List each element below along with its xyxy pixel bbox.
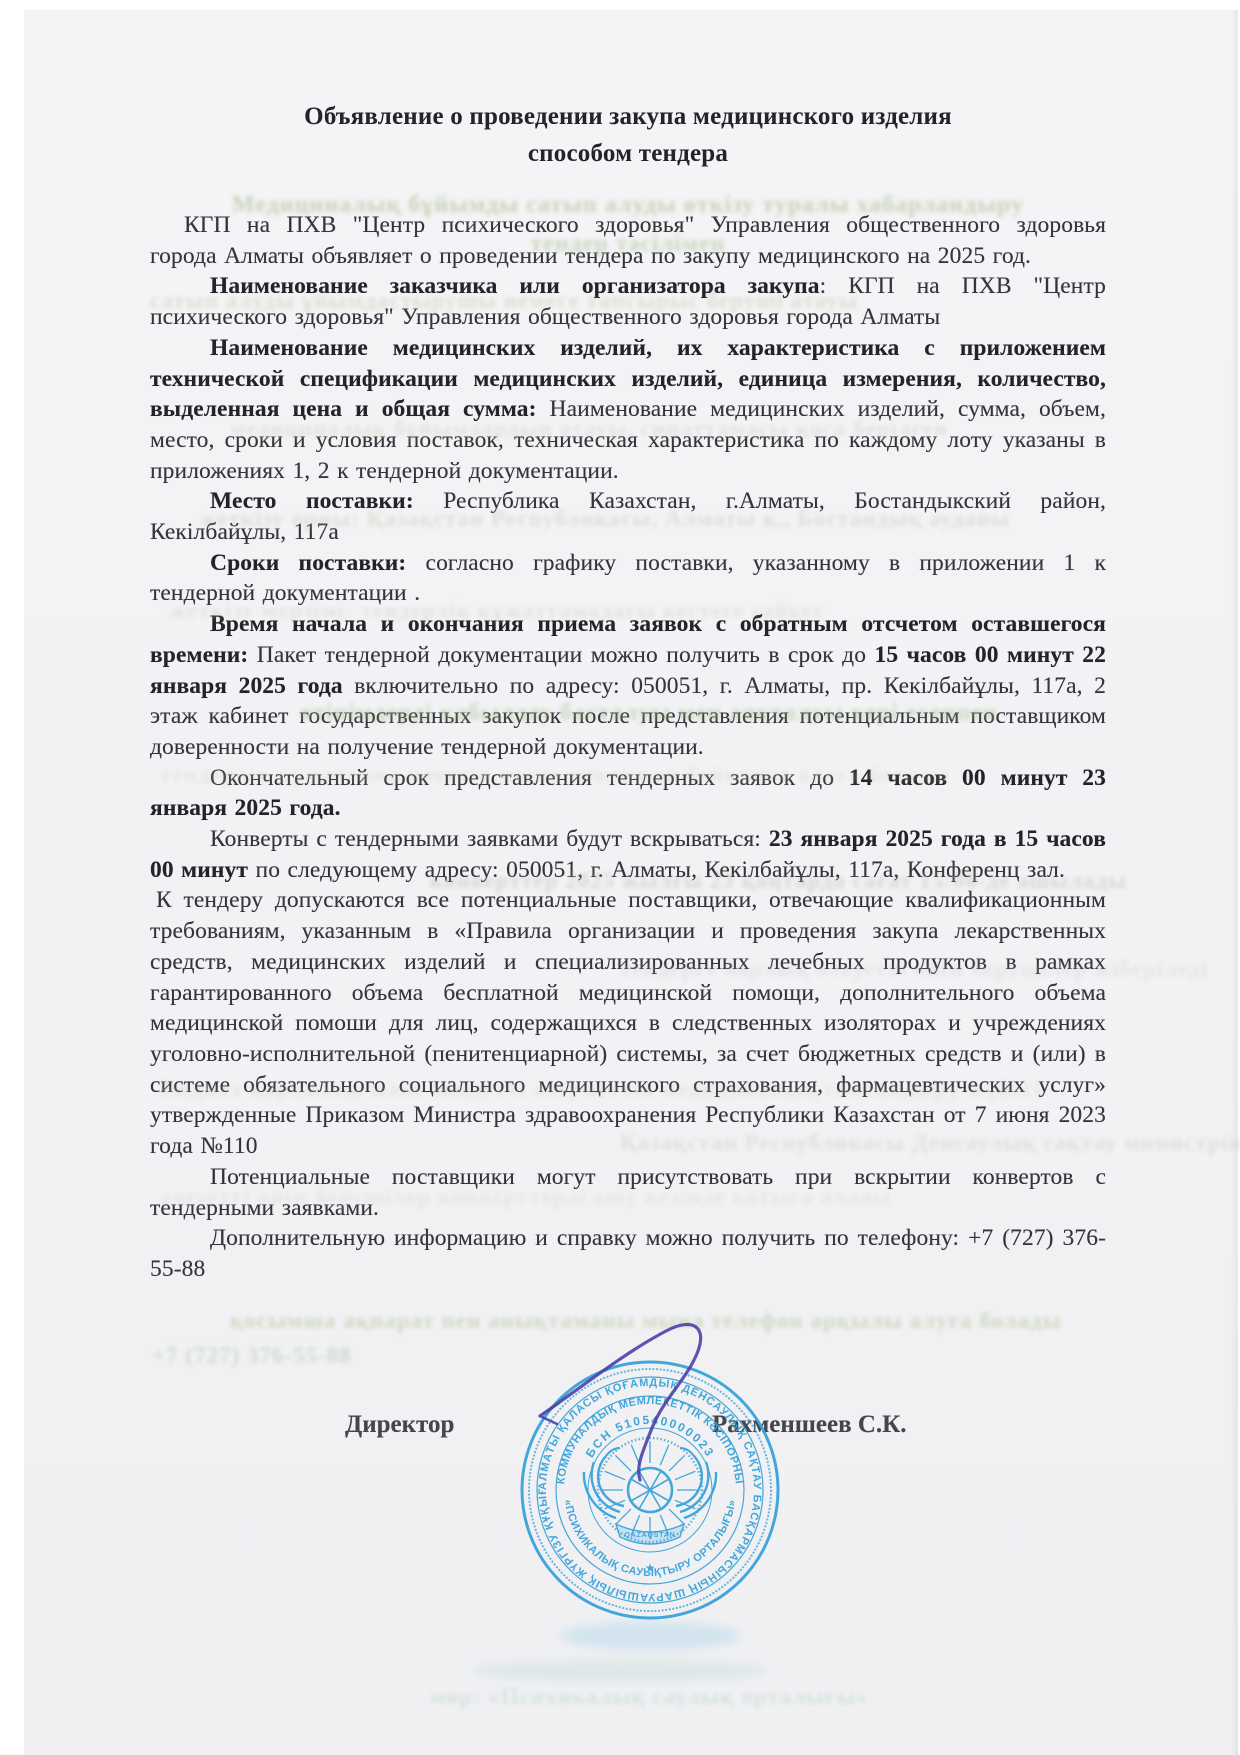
paragraph: Наименование заказчика или организатора …: [150, 271, 1106, 332]
scan-edge-shadow: [1231, 10, 1238, 1755]
ghost-bleedthrough-line: +7 (727) 376-55-88: [152, 1343, 352, 1369]
paragraph-segment: Дополнительную информацию и справку можн…: [150, 1225, 1106, 1282]
paragraph: Место поставки: Республика Казахстан, г.…: [150, 486, 1106, 547]
ghost-bleedthrough-line: қосымша ақпарат пен анықтаманы мына теле…: [230, 1308, 1062, 1334]
paragraph-segment: КГП на ПХВ "Центр психического здоровья"…: [150, 212, 1106, 269]
title-line-2: способом тендера: [150, 135, 1106, 172]
signer-name: Рахменшеев С.К.: [712, 1411, 907, 1439]
paragraph: КГП на ПХВ "Центр психического здоровья"…: [150, 210, 1106, 271]
paragraph-segment: Пакет тендерной документации можно получ…: [248, 642, 874, 668]
paragraph-segment: Потенциальные поставщики могут присутств…: [150, 1164, 1106, 1221]
paragraph: Потенциальные поставщики могут присутств…: [150, 1162, 1106, 1223]
paragraph-bold-segment: Место поставки:: [210, 488, 414, 514]
title-line-1: Объявление о проведении закупа медицинск…: [150, 98, 1106, 135]
paragraphs: КГП на ПХВ "Центр психического здоровья"…: [150, 210, 1106, 1285]
paragraph: Окончательный срок представления тендерн…: [150, 763, 1106, 824]
signer-role: Директор: [345, 1411, 454, 1439]
scanned-document-page: { "document": { "title_line1": "Объявлен…: [0, 0, 1240, 1755]
paragraph-bold-segment: Наименование заказчика или организатора …: [210, 273, 820, 299]
paragraph: Наименование медицинских изделий, их хар…: [150, 333, 1106, 487]
document-body: Объявление о проведении закупа медицинск…: [150, 98, 1106, 1285]
paragraph: Сроки поставки: согласно графику поставк…: [150, 548, 1106, 609]
paragraph: К тендеру допускаются все потенциальные …: [150, 885, 1106, 1161]
document-title: Объявление о проведении закупа медицинск…: [150, 98, 1106, 172]
paragraph-segment: Конверты с тендерными заявками будут вск…: [210, 826, 769, 852]
paragraph-segment: К тендеру допускаются все потенциальные …: [150, 887, 1106, 1159]
paragraph-segment: Окончательный срок представления тендерн…: [210, 765, 849, 791]
paragraph-segment: по следующему адресу: 050051, г. Алматы,…: [248, 857, 1065, 883]
paragraph: Время начала и окончания приема заявок с…: [150, 609, 1106, 763]
paragraph: Дополнительную информацию и справку можн…: [150, 1223, 1106, 1284]
paper-sheet: Объявление о проведении закупа медицинск…: [24, 10, 1238, 1755]
paragraph: Конверты с тендерными заявками будут вск…: [150, 824, 1106, 885]
paragraph-bold-segment: Сроки поставки:: [210, 550, 406, 576]
ghost-bleedthrough-line: мөр: «Психикалық саулық орталығы»: [430, 1684, 868, 1710]
